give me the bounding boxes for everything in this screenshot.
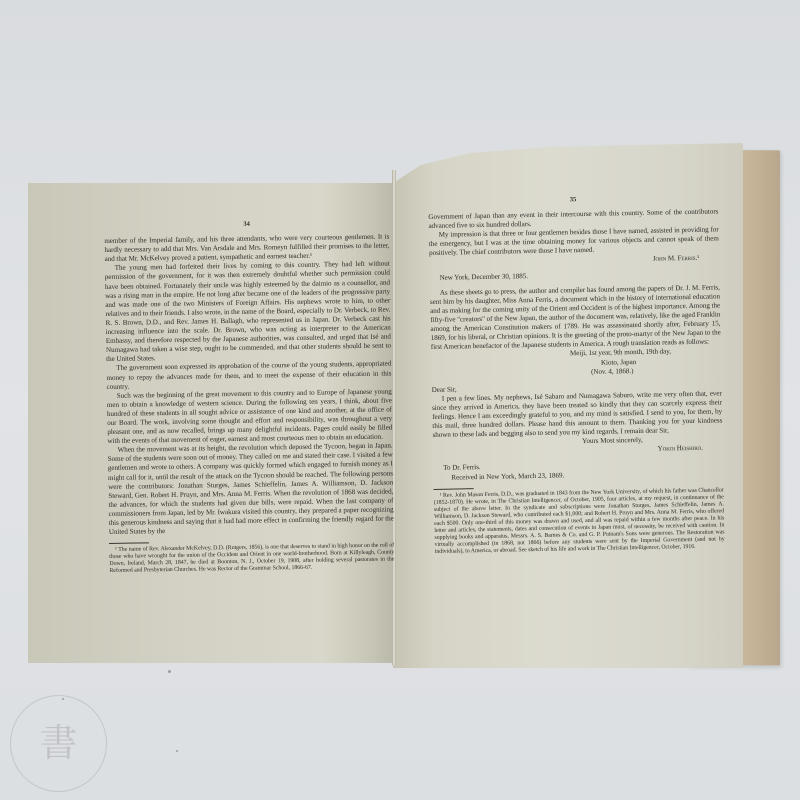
dust-speck [62, 698, 64, 700]
paragraph: Such was the beginning of the great move… [107, 387, 393, 446]
book-photo-scene: 34 member of the Imperial family, and hi… [0, 0, 800, 800]
paragraph: When the movement was at its height, the… [108, 442, 394, 537]
footnote-rule [434, 488, 474, 490]
watermark-glyph: 書 [39, 721, 77, 765]
intro-paragraph: As these sheets go to press, the author … [430, 283, 721, 352]
left-footnote: ¹ The name of Rev. Alexander McKelvey, D… [109, 543, 394, 575]
left-page-text: 34 member of the Imperial family, and hi… [104, 218, 395, 576]
right-footnote: ¹ Rev. John Mason Ferris, D.D., was grad… [434, 487, 725, 556]
seller-watermark-logo: 書 [10, 695, 107, 792]
dust-speck [168, 670, 171, 673]
footnote-rule [109, 543, 149, 545]
right-page-text: 35 Government of Japan than any event in… [428, 192, 725, 555]
book-gutter [392, 170, 396, 665]
paragraph: The young men had forfeited their lives … [105, 260, 392, 364]
footnote-text: ¹ The name of Rev. Alexander McKelvey, D… [109, 543, 394, 575]
letter-body: I pen a few lines. My nephews, Isé Sabar… [432, 389, 723, 440]
dust-speck [176, 750, 178, 752]
footnote-text: ¹ Rev. John Mason Ferris, D.D., was grad… [434, 487, 725, 556]
